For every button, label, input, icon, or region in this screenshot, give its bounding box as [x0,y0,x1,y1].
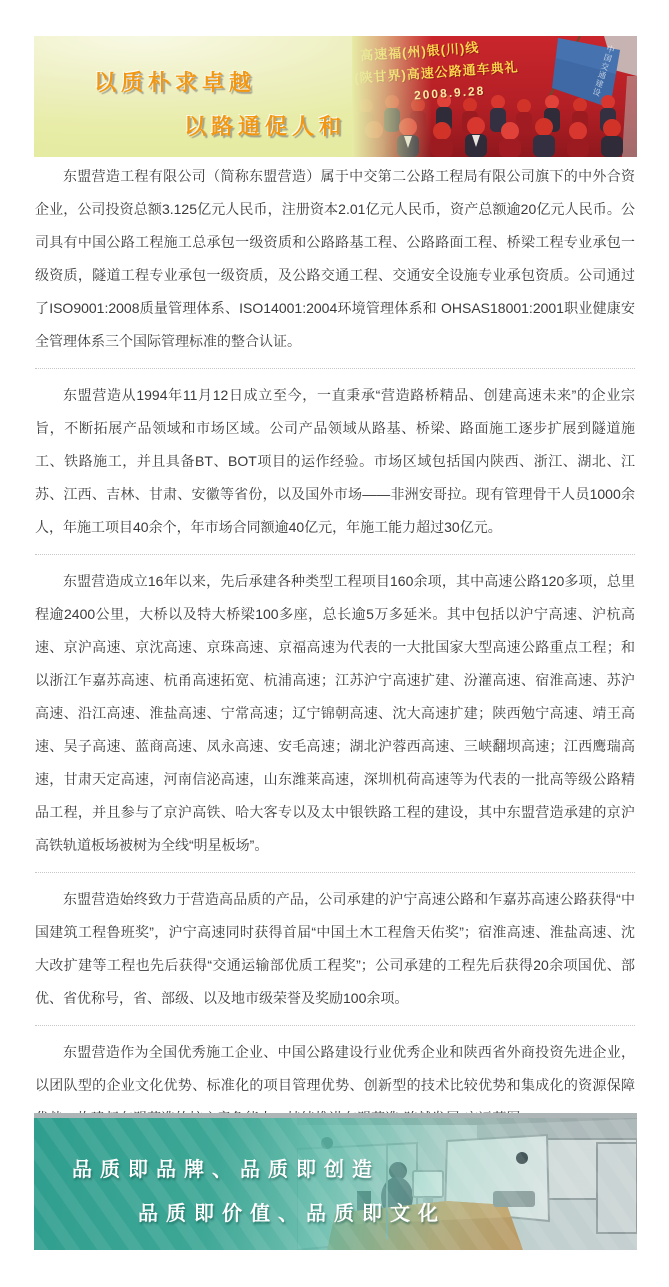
company-profile-text: 东盟营造工程有限公司（简称东盟营造）属于中交第二公路工程局有限公司旗下的中外合资… [35,160,635,1135]
company-about-page: 高速福(州)银(川)线 (陕甘界)高速公路通车典礼 2008.9.28 中国交通… [0,0,669,1287]
dotted-divider [35,872,635,873]
header-banner: 高速福(州)银(川)线 (陕甘界)高速公路通车典礼 2008.9.28 中国交通… [34,36,637,157]
header-slogan-line2: 以路通促人和 [184,110,346,141]
footer-banner: 品质即品牌、品质即创造 品质即价值、品质即文化 [34,1113,637,1250]
photo-fade [352,36,432,157]
paragraph-awards: 东盟营造始终致力于营造高品质的产品，公司承建的沪宁高速公路和乍嘉苏高速公路获得“… [35,883,635,1015]
paragraph-projects: 东盟营造成立16年以来，先后承建各种类型工程项目160余项，其中高速公路120多… [35,565,635,862]
dotted-divider [35,554,635,555]
paragraph-history-markets: 东盟营造从1994年11月12日成立至今，一直秉承“营造路桥精品、创建高速未来”… [35,379,635,544]
header-slogan-line1: 以质朴求卓越 [94,66,256,97]
paragraph-company-overview: 东盟营造工程有限公司（简称东盟营造）属于中交第二公路工程局有限公司旗下的中外合资… [35,160,635,358]
footer-slogan-line2: 品质即价值、品质即文化 [138,1197,446,1226]
dotted-divider [35,368,635,369]
banner-top-edge [34,1113,637,1118]
header-photo: 高速福(州)银(川)线 (陕甘界)高速公路通车典礼 2008.9.28 中国交通… [352,36,637,157]
dotted-divider [35,1025,635,1026]
footer-slogan-line1: 品质即品牌、品质即创造 [72,1153,380,1182]
